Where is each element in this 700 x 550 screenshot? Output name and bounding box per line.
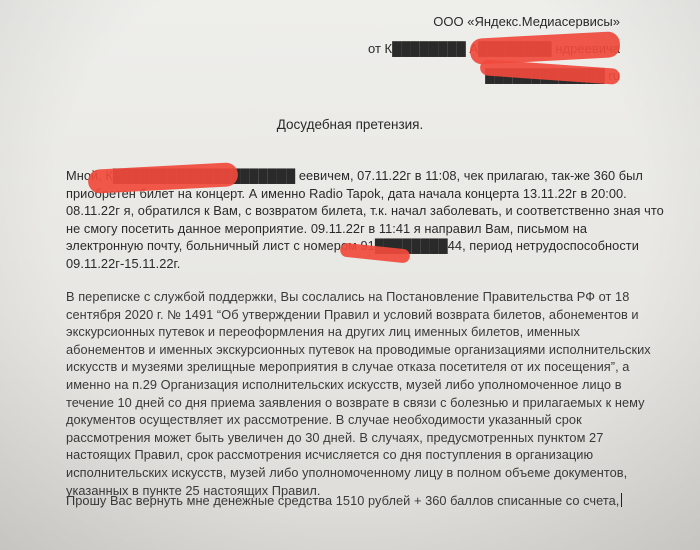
text-line: исполнительских искусств, музей либо упо… xyxy=(66,464,691,482)
recipient-line: ООО «Яндекс.Медиасервисы» xyxy=(368,8,620,35)
text-line: В переписке с службой поддержки, Вы сосл… xyxy=(66,288,691,306)
paragraph-legal-reference: В переписке с службой поддержки, Вы сосл… xyxy=(66,288,691,499)
text-line: именно на п.29 Организация исполнительск… xyxy=(66,376,691,394)
text-line: не смогу посетить данное мероприятие. 09… xyxy=(66,220,691,238)
document-page: ООО «Яндекс.Медиасервисы» от К████████ А… xyxy=(0,0,700,550)
document-title: Досудебная претензия. xyxy=(0,117,700,132)
text-line: сентября 2020 г. № 1491 “Об утверждении … xyxy=(66,306,691,324)
text-line: 08.11.22г я, обратился к Вам, с возврато… xyxy=(66,202,691,220)
text-line: настоящих Правил, срок рассмотрения исчи… xyxy=(66,446,691,464)
text-line: документов осуществляет их рассмотрение.… xyxy=(66,411,691,429)
text-cursor xyxy=(621,493,622,507)
text-line: абонементов и именных экскурсионных путе… xyxy=(66,341,691,359)
text-line: экскурсионных путевок и переоформления н… xyxy=(66,323,691,341)
text-line: течение 10 дней со дня приема заявления … xyxy=(66,394,691,412)
paragraph-refund-request[interactable]: Прошу Вас вернуть мне денежные средства … xyxy=(66,492,691,510)
text-line: искусств и музеями зрелищные мероприятия… xyxy=(66,358,691,376)
text-line: Прошу Вас вернуть мне денежные средства … xyxy=(66,493,619,508)
text-line: рассмотрения может быть увеличен до 30 д… xyxy=(66,429,691,447)
